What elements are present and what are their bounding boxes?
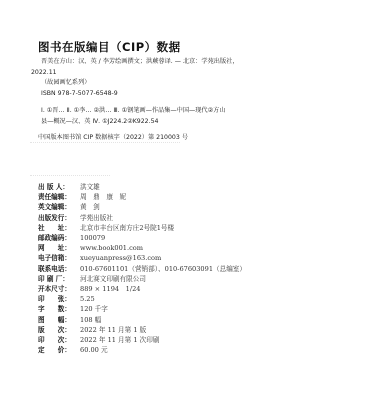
value: 黄 剑 [80,202,100,212]
label: 图 幅： [38,315,80,325]
label: 版 次： [38,325,80,335]
value: 2022 年 11 月第 1 次印刷 [80,335,159,345]
value: 889 × 1194 1/24 [80,284,140,294]
row-publisher-person: 出 版 人：洪文雄 [38,182,246,192]
cip-classification-line-2: 县—概况—汉、英 Ⅳ. ①J224.2②K922.54 [38,117,338,128]
row-publisher: 出版发行：学苑出版社 [38,213,246,223]
cip-classification-line-1: Ⅰ. ①晋… Ⅱ. ①李… ②洪… Ⅲ. ①钢笔画—作品集—中国—现代②方山 [38,106,338,117]
label: 邮政编码： [38,233,80,243]
row-address: 社 址：北京市丰台区南方庄2号院1号楼 [38,223,246,233]
cip-publication-date: 2022.11 [31,68,338,79]
row-printing: 印 次：2022 年 11 月第 1 次印刷 [38,335,246,345]
row-word-count: 字 数：120 千字 [38,304,246,314]
label: 英文编辑： [38,202,80,212]
cip-series: （故园画忆系列） [38,78,338,89]
value: 北京市丰台区南方庄2号院1号楼 [80,223,174,233]
label: 网 址： [38,243,80,253]
cip-bibliographic-line: 晋美在方山：汉、英 / 李芳绘画撰文；洪蕨蓉译. — 北京：学苑出版社， [38,57,338,68]
label: 联系电话： [38,264,80,274]
value: 100079 [80,233,105,243]
cip-block: 图书在版编目（CIP）数据 晋美在方山：汉、英 / 李芳绘画撰文；洪蕨蓉译. —… [38,40,338,144]
divider [30,175,110,176]
value: 5.25 [80,294,95,304]
value: www.book001.com [80,243,143,253]
value: xueyuanpress@163.com [80,253,161,263]
row-printer: 印 刷 厂：河北赛文印刷有限公司 [38,274,246,284]
value: 108 幅 [80,315,101,325]
label: 出版发行： [38,213,80,223]
row-phone: 联系电话：010-67601101（营销部）、010-67603091（总编室） [38,264,246,274]
label: 开本尺寸： [38,284,80,294]
cip-isbn: ISBN 978-7-5077-6548-9 [38,89,338,100]
label: 定 价： [38,345,80,355]
row-english-editor: 英文编辑：黄 剑 [38,202,246,212]
row-price: 定 价：60.00 元 [38,345,246,355]
value: 周 鼎 康 妮 [80,192,126,202]
row-website: 网 址：www.book001.com [38,243,246,253]
label: 字 数： [38,304,80,314]
label: 责任编辑： [38,192,80,202]
cip-title: 图书在版编目（CIP）数据 [38,40,338,54]
value: 学苑出版社 [80,213,113,223]
row-postal-code: 邮政编码：100079 [38,233,246,243]
label: 印 张： [38,294,80,304]
row-edition: 版 次：2022 年 11 月第 1 版 [38,325,246,335]
value: 120 千字 [80,304,108,314]
row-format: 开本尺寸：889 × 1194 1/24 [38,284,246,294]
divider [30,142,180,143]
value: 010-67601101（营销部）、010-67603091（总编室） [80,264,246,274]
label: 社 址： [38,223,80,233]
value: 河北赛文印刷有限公司 [80,274,146,284]
row-editor: 责任编辑：周 鼎 康 妮 [38,192,246,202]
publication-info: 出 版 人：洪文雄 责任编辑：周 鼎 康 妮 英文编辑：黄 剑 出版发行：学苑出… [38,182,246,355]
label: 电子信箱： [38,253,80,263]
label: 出 版 人： [38,182,80,192]
value: 60.00 元 [80,345,108,355]
value: 2022 年 11 月第 1 版 [80,325,146,335]
label: 印 次： [38,335,80,345]
label: 印 刷 厂： [38,274,80,284]
value: 洪文雄 [80,182,100,192]
row-email: 电子信箱：xueyuanpress@163.com [38,253,246,263]
row-sheets: 印 张：5.25 [38,294,246,304]
row-illustrations: 图 幅：108 幅 [38,315,246,325]
